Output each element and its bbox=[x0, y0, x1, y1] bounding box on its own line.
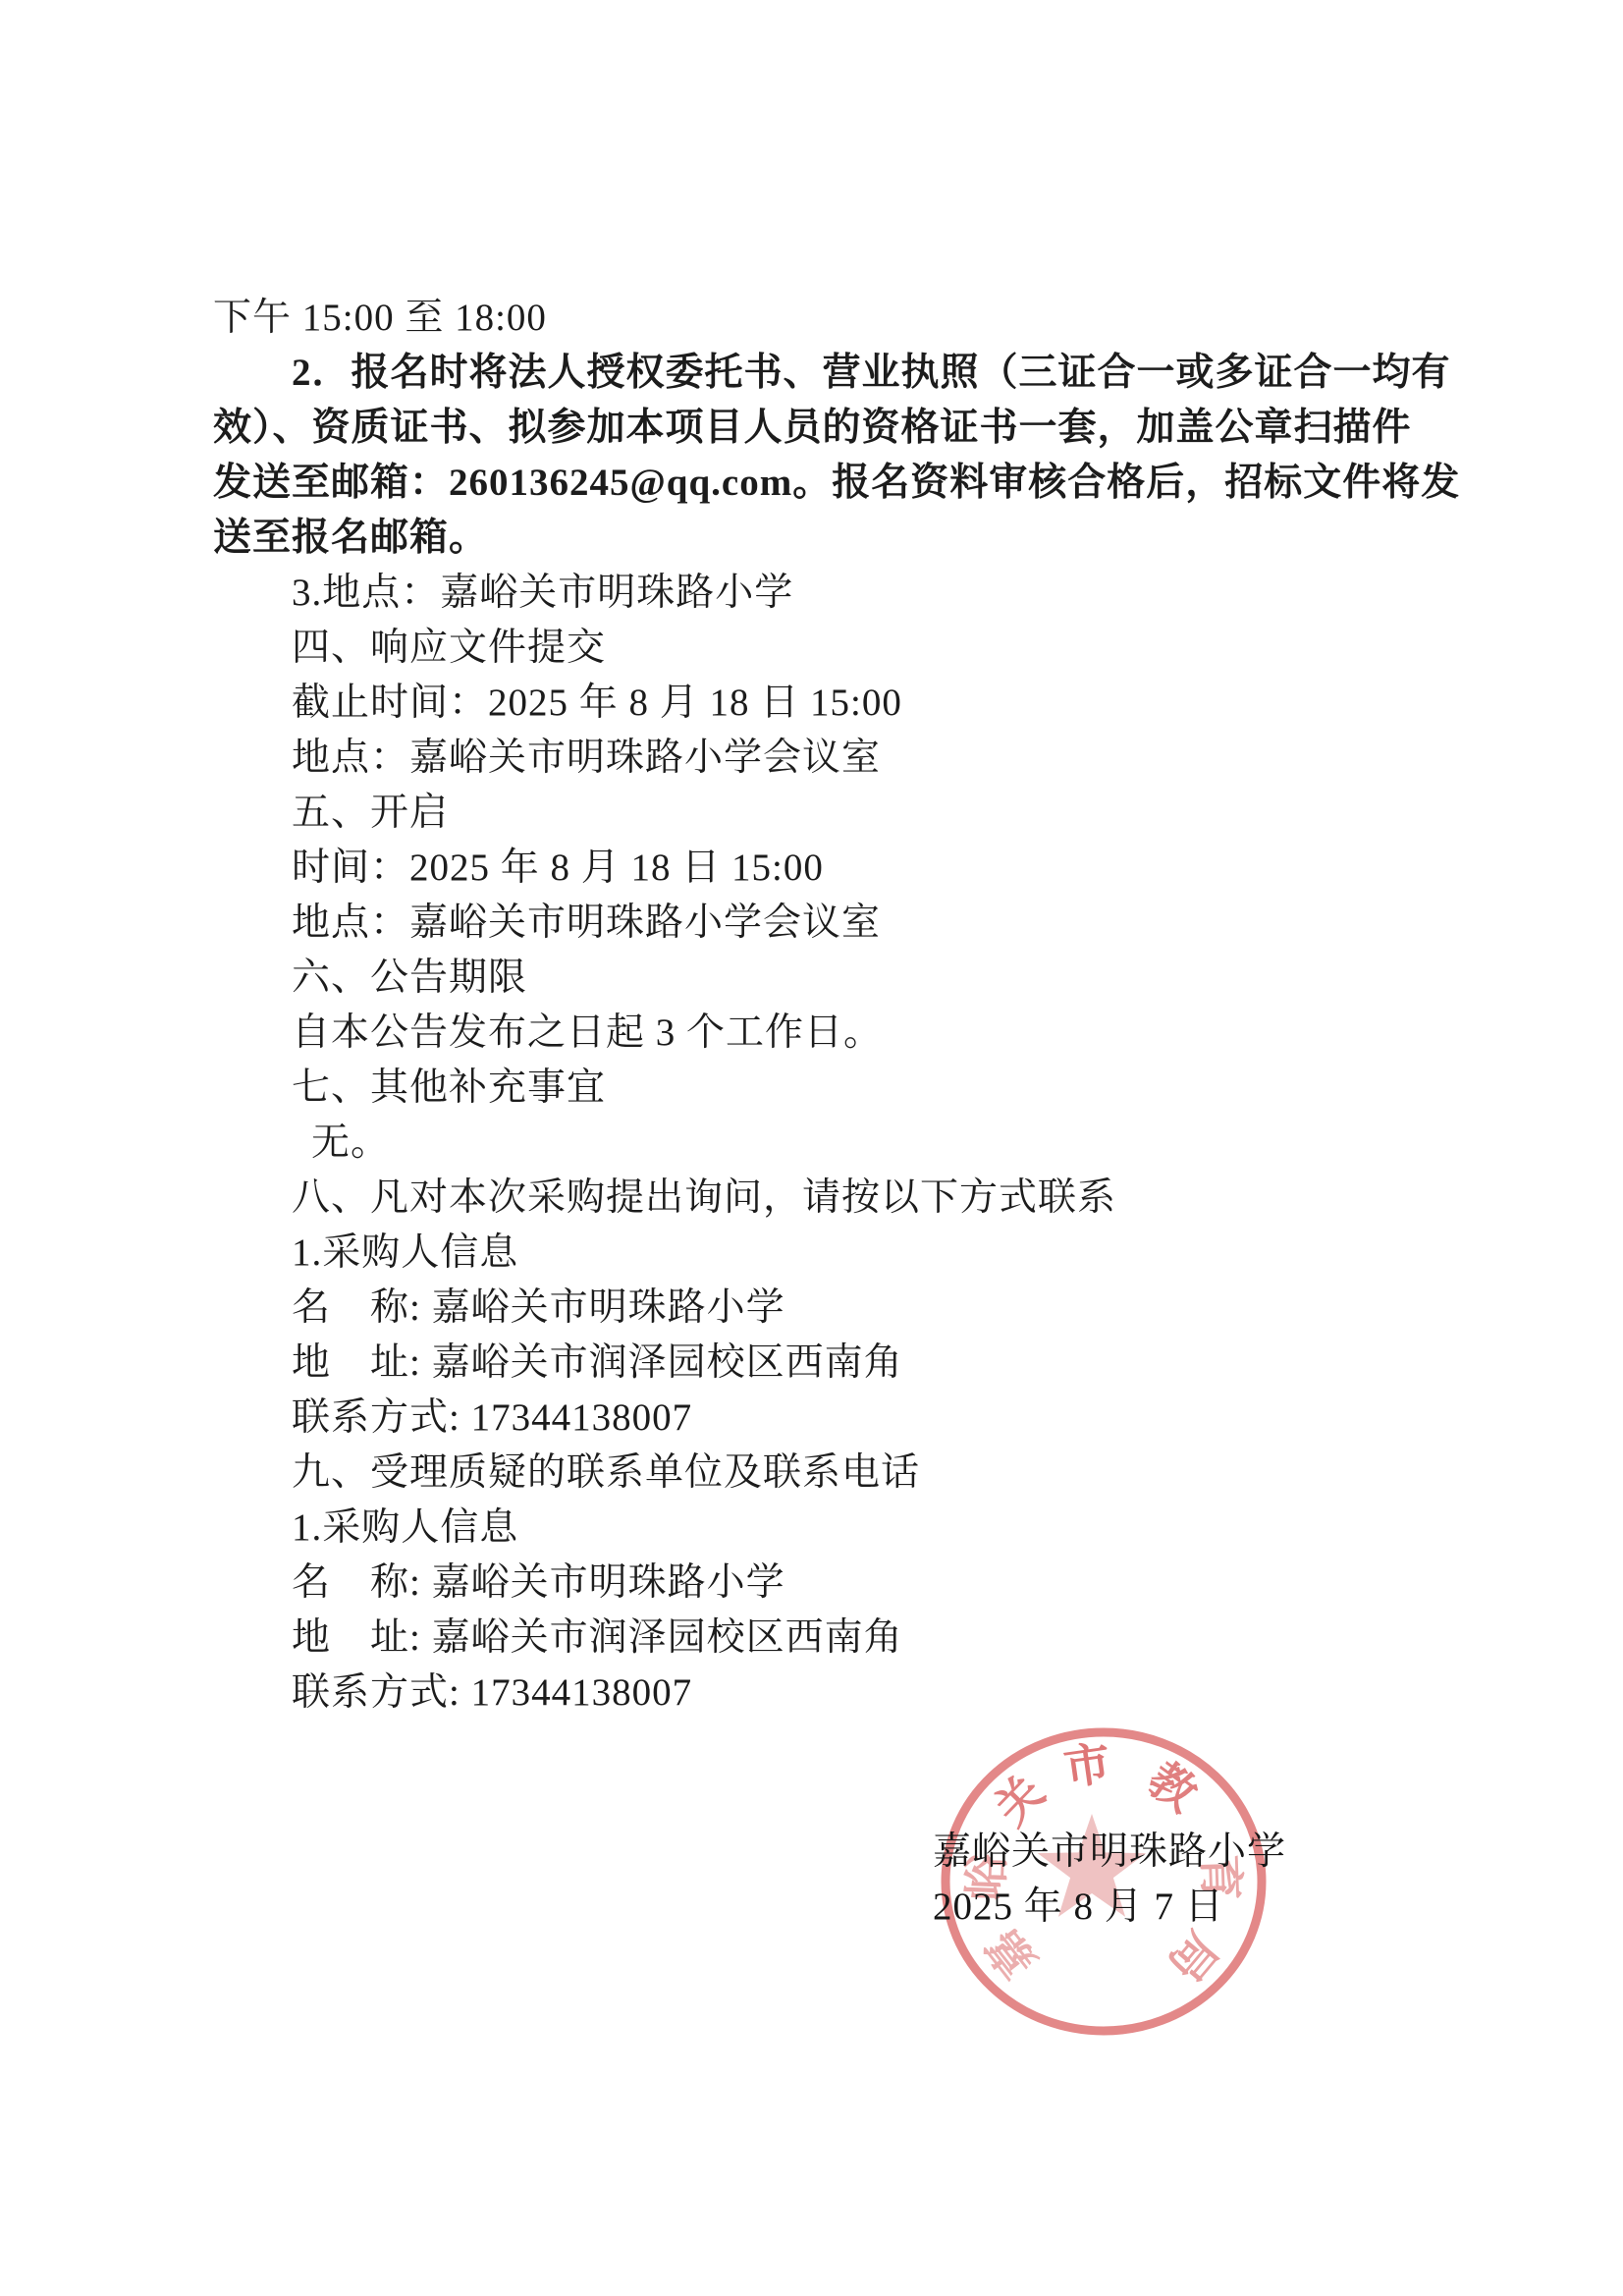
text-line: 名 称: 嘉峪关市明珠路小学 bbox=[213, 1556, 1431, 1611]
text-line: 地点：嘉峪关市明珠路小学会议室 bbox=[213, 896, 1431, 951]
text-line: 地点：嘉峪关市明珠路小学会议室 bbox=[213, 731, 1431, 786]
text-line: 自本公告发布之日起 3 个工作日。 bbox=[213, 1006, 1431, 1061]
text-line: 八、凡对本次采购提出询问，请按以下方式联系 bbox=[213, 1171, 1431, 1226]
document-body: 下午 15:00 至 18:002．报名时将法人授权委托书、营业执照（三证合一或… bbox=[213, 291, 1431, 1721]
text-line: 送至报名邮箱。 bbox=[213, 511, 1431, 566]
text-line: 名 称: 嘉峪关市明珠路小学 bbox=[213, 1281, 1431, 1336]
text-line: 九、受理质疑的联系单位及联系电话 bbox=[213, 1446, 1431, 1501]
text-line: 效）、资质证书、拟参加本项目人员的资格证书一套，加盖公章扫描件 bbox=[213, 401, 1431, 456]
text-line: 1.采购人信息 bbox=[213, 1226, 1431, 1281]
text-line: 发送至邮箱：260136245@qq.com。报名资料审核合格后，招标文件将发 bbox=[213, 456, 1431, 511]
text-line: 2．报名时将法人授权委托书、营业执照（三证合一或多证合一均有 bbox=[213, 346, 1431, 401]
text-line: 联系方式: 17344138007 bbox=[213, 1391, 1431, 1446]
text-line: 3.地点：嘉峪关市明珠路小学 bbox=[213, 566, 1431, 621]
signature-block: 嘉峪关市明珠路小学 2025 年 8 月 7 日 bbox=[933, 1825, 1286, 1935]
text-line: 五、开启 bbox=[213, 786, 1431, 841]
text-line: 无。 bbox=[213, 1116, 1431, 1171]
text-line: 下午 15:00 至 18:00 bbox=[213, 291, 1431, 346]
text-line: 地 址: 嘉峪关市润泽园校区西南角 bbox=[213, 1611, 1431, 1666]
document-page: 下午 15:00 至 18:002．报名时将法人授权委托书、营业执照（三证合一或… bbox=[0, 0, 1623, 2296]
text-line: 六、公告期限 bbox=[213, 951, 1431, 1006]
signature-date: 2025 年 8 月 7 日 bbox=[933, 1880, 1286, 1935]
signature-org: 嘉峪关市明珠路小学 bbox=[933, 1825, 1286, 1880]
text-line: 时间：2025 年 8 月 18 日 15:00 bbox=[213, 841, 1431, 896]
text-line: 四、响应文件提交 bbox=[213, 621, 1431, 676]
stamp-ring-char: 市 bbox=[1061, 1738, 1114, 1795]
text-line: 1.采购人信息 bbox=[213, 1501, 1431, 1556]
text-line: 七、其他补充事宜 bbox=[213, 1061, 1431, 1116]
text-line: 截止时间：2025 年 8 月 18 日 15:00 bbox=[213, 676, 1431, 731]
text-line: 地 址: 嘉峪关市润泽园校区西南角 bbox=[213, 1336, 1431, 1391]
